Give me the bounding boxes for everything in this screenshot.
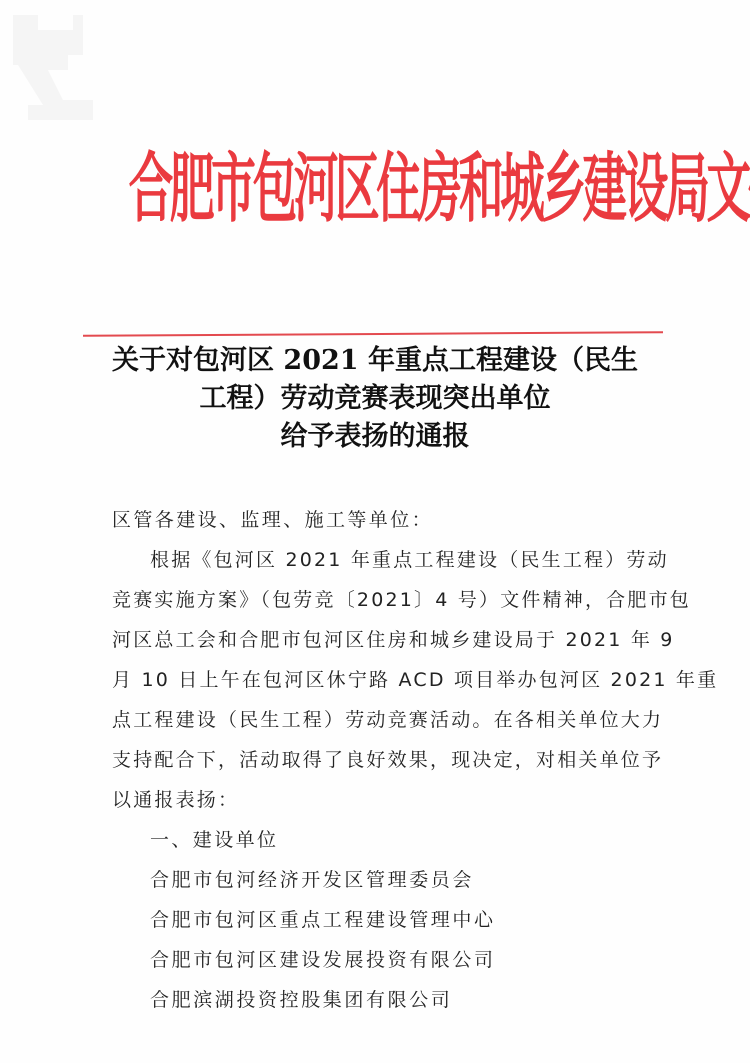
body-line: 支持配合下，活动取得了良好效果，现决定，对相关单位予 xyxy=(112,740,672,780)
body-line: 点工程建设（民生工程）劳动竞赛活动。在各相关单位大力 xyxy=(112,700,672,740)
salutation: 区管各建设、监理、施工等单位： xyxy=(112,500,672,540)
title-line: 关于对包河区 2021 年重点工程建设（民生 xyxy=(60,342,690,380)
body-line: 以通报表扬： xyxy=(112,780,672,820)
body-line: 月 10 日上午在包河区休宁路 ACD 项目举办包河区 2021 年重 xyxy=(112,660,672,700)
body-line: 竞赛实施方案》（包劳竞〔2021〕4 号）文件精神，合肥市包 xyxy=(112,580,672,620)
title-line: 给予表扬的通报 xyxy=(60,418,690,456)
document-title: 关于对包河区 2021 年重点工程建设（民生 工程）劳动竞赛表现突出单位 给予表… xyxy=(60,342,690,456)
issuer-header: 合肥市包河区住房和城乡建设局文件 xyxy=(129,118,628,263)
document-page: 合肥市包河区住房和城乡建设局文件 关于对包河区 2021 年重点工程建设（民生 … xyxy=(0,0,750,1063)
document-body: 区管各建设、监理、施工等单位： 根据《包河区 2021 年重点工程建设（民生工程… xyxy=(112,500,672,1020)
unit-item: 合肥市包河区建设发展投资有限公司 xyxy=(112,940,672,980)
section-heading: 一、建设单位 xyxy=(112,820,672,860)
body-line: 根据《包河区 2021 年重点工程建设（民生工程）劳动 xyxy=(112,540,672,580)
unit-item: 合肥滨湖投资控股集团有限公司 xyxy=(112,980,672,1020)
faint-watermark-icon xyxy=(8,10,118,120)
unit-item: 合肥市包河经济开发区管理委员会 xyxy=(112,860,672,900)
body-line: 河区总工会和合肥市包河区住房和城乡建设局于 2021 年 9 xyxy=(112,620,672,660)
title-line: 工程）劳动竞赛表现突出单位 xyxy=(60,380,690,418)
header-divider xyxy=(83,331,663,337)
unit-item: 合肥市包河区重点工程建设管理中心 xyxy=(112,900,672,940)
